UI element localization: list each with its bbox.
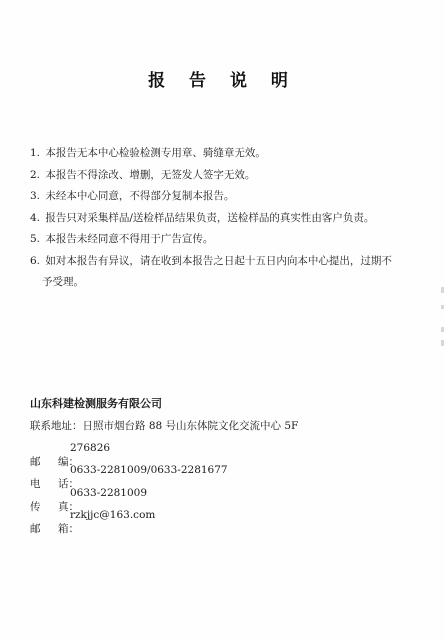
- scan-artifact: [441, 287, 444, 293]
- note-item-1: 1. 本报告无本中心检验检测专用章、骑缝章无效。: [30, 143, 430, 165]
- note-item-5: 5. 本报告未经同意不得用于广告宣传。: [30, 229, 430, 251]
- note-text: 报告只对采集样品/送检样品结果负责，送检样品的真实性由客户负责。: [45, 212, 374, 224]
- note-text: 如对本报告有异议，请在收到本报告之日起十五日内向本中心提出，过期不: [45, 255, 392, 267]
- email-value: rzkjjc@163.com: [70, 509, 155, 521]
- note-item-4: 4. 报告只对采集样品/送检样品结果负责，送检样品的真实性由客户负责。: [30, 208, 430, 230]
- scan-artifact: [441, 340, 444, 346]
- note-number: 3.: [30, 186, 42, 208]
- note-text: 本报告不得涂改、增删，无签发人签字无效。: [45, 169, 255, 181]
- note-text: 本报告未经同意不得用于广告宣传。: [45, 233, 213, 245]
- note-number: 4.: [30, 208, 42, 230]
- page-title: 报 告 说 明: [0, 66, 445, 91]
- scan-artifact: [441, 327, 444, 332]
- postcode-row: 邮编：276826: [30, 437, 430, 459]
- address-value: 日照市烟台路 88 号山东体院文化交流中心 5F: [83, 420, 299, 432]
- note-number: 2.: [30, 165, 42, 187]
- note-number: 5.: [30, 229, 42, 251]
- address-label: 联系地址：: [30, 415, 83, 437]
- phone-row: 电话：0633-2281009/0633-2281677: [30, 459, 430, 481]
- phone-value: 0633-2281009/0633-2281677: [70, 464, 228, 476]
- scan-artifact: [441, 305, 444, 309]
- fax-row: 传真：0633-2281009: [30, 482, 430, 504]
- note-item-6: 6. 如对本报告有异议，请在收到本报告之日起十五日内向本中心提出，过期不 予受理…: [30, 251, 430, 294]
- address-row: 联系地址：日照市烟台路 88 号山东体院文化交流中心 5F: [30, 415, 430, 437]
- note-item-2: 2. 本报告不得涂改、增删，无签发人签字无效。: [30, 165, 430, 187]
- note-text-continuation: 予受理。: [30, 272, 430, 294]
- notes-list: 1. 本报告无本中心检验检测专用章、骑缝章无效。 2. 本报告不得涂改、增删，无…: [30, 143, 430, 294]
- document-page: 报 告 说 明 1. 本报告无本中心检验检测专用章、骑缝章无效。 2. 本报告不…: [0, 0, 445, 642]
- note-item-3: 3. 未经本中心同意，不得部分复制本报告。: [30, 186, 430, 208]
- fax-value: 0633-2281009: [70, 487, 147, 499]
- note-text: 未经本中心同意，不得部分复制本报告。: [45, 190, 234, 202]
- company-name: 山东科建检测服务有限公司: [30, 393, 430, 415]
- email-row: 邮箱：rzkjjc@163.com: [30, 504, 430, 526]
- note-number: 6.: [30, 251, 42, 273]
- note-number: 1.: [30, 143, 42, 165]
- company-contact-block: 山东科建检测服务有限公司 联系地址：日照市烟台路 88 号山东体院文化交流中心 …: [30, 393, 430, 526]
- note-text: 本报告无本中心检验检测专用章、骑缝章无效。: [45, 147, 266, 159]
